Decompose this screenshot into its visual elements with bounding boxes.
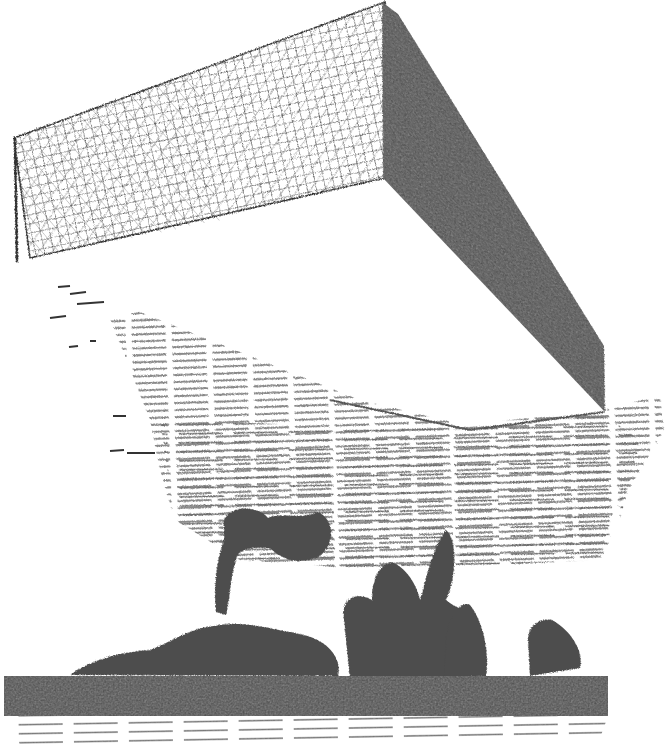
block-side-face [382, 2, 605, 412]
bush-left [70, 624, 339, 676]
ground-strip [4, 676, 608, 745]
floating-block [14, 2, 605, 412]
illustration-canvas [0, 0, 666, 755]
tree-right [528, 620, 581, 676]
